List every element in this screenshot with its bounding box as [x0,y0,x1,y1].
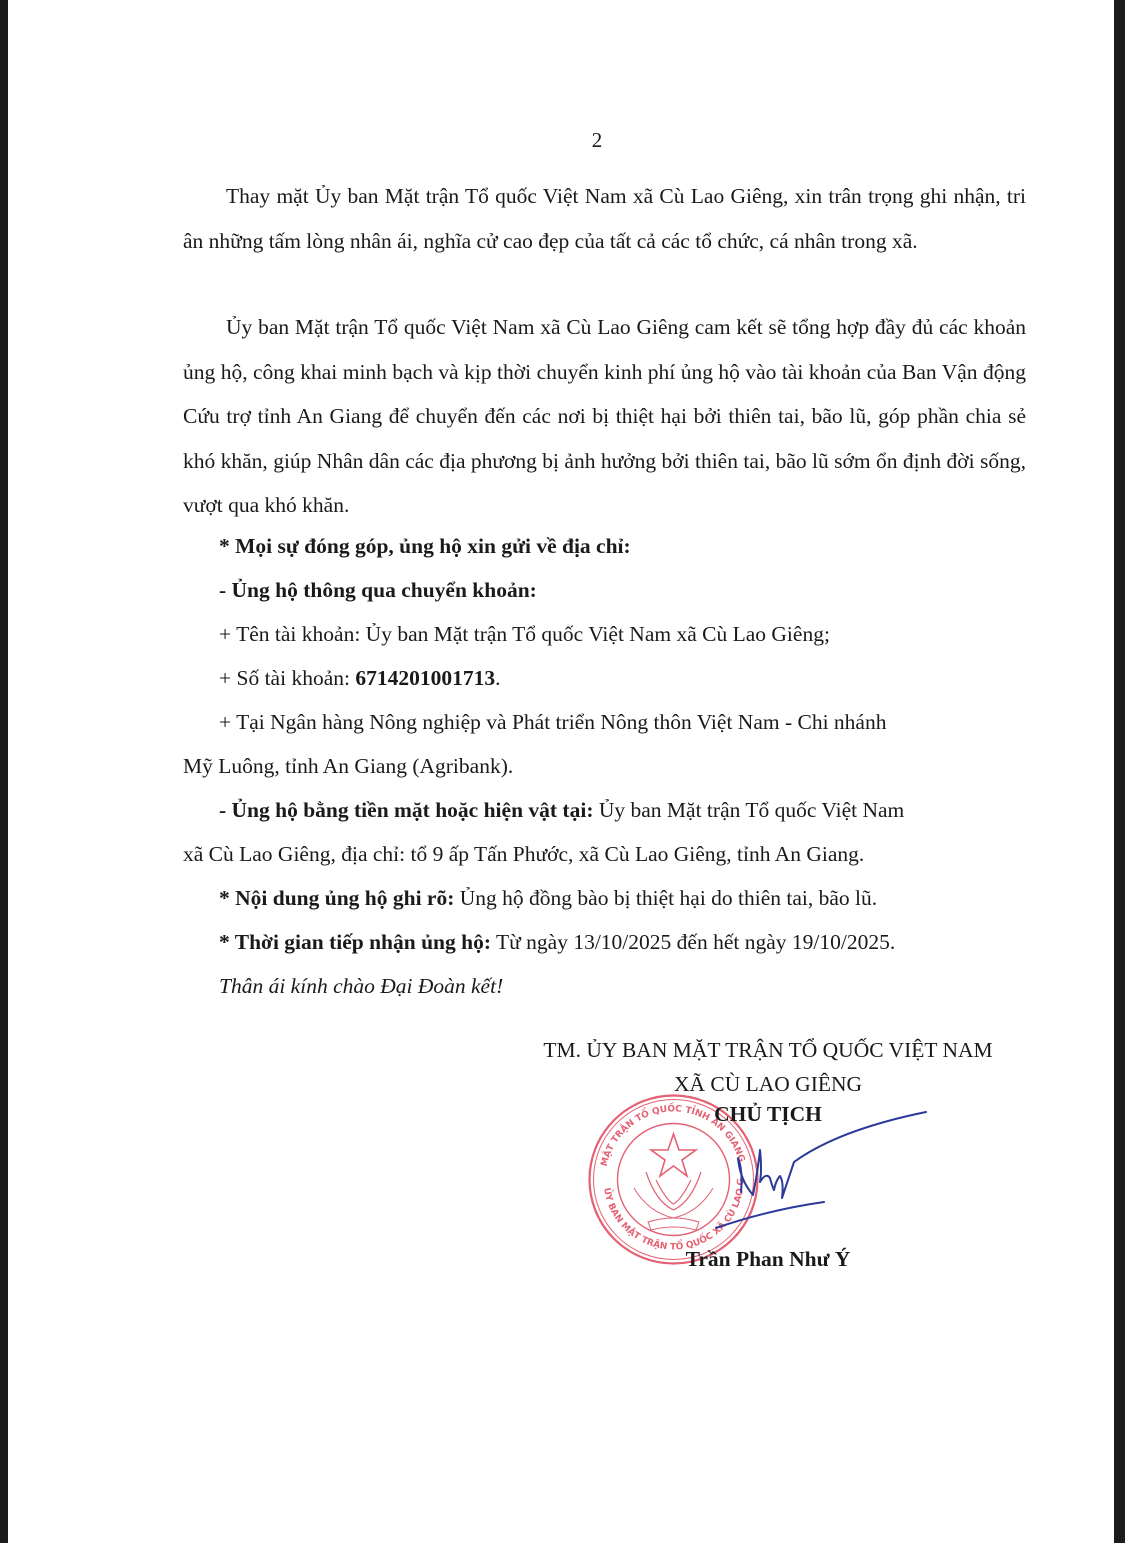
bank-line-1: + Tại Ngân hàng Nông nghiệp và Phát triể… [219,700,886,745]
handwritten-signature-icon [698,1100,938,1240]
account-number-line: + Số tài khoản: 6714201001713. [219,656,500,701]
cash-line-1: - Ủng hộ bằng tiền mặt hoặc hiện vật tại… [219,788,904,833]
transfer-heading: - Ủng hộ thông qua chuyển khoản: [219,568,537,613]
document-page: 2 Thay mặt Ủy ban Mặt trận Tổ quốc Việt … [8,0,1114,1543]
closing-line: Thân ái kính chào Đại Đoàn kết! [219,964,503,1009]
account-name-line: + Tên tài khoản: Ủy ban Mặt trận Tổ quốc… [219,612,830,657]
time-line: * Thời gian tiếp nhận ủng hộ: Từ ngày 13… [219,920,895,965]
paragraph-commitment: Ủy ban Mặt trận Tổ quốc Việt Nam xã Cù L… [183,305,1026,528]
signature-org-line-2: XÃ CÙ LAO GIÊNG [478,1072,1058,1097]
signatory-name: Trần Phan Như Ý [478,1247,1058,1272]
account-number: 6714201001713 [355,666,495,690]
signature-org-line-1: TM. ỦY BAN MẶT TRẬN TỔ QUỐC VIỆT NAM [478,1038,1058,1063]
contribution-heading: * Mọi sự đóng góp, ủng hộ xin gửi về địa… [219,524,631,569]
cash-line-2: xã Cù Lao Giêng, địa chỉ: tổ 9 ấp Tấn Ph… [183,832,864,877]
content-line: * Nội dung ủng hộ ghi rõ: Ủng hộ đồng bà… [219,876,877,921]
bank-line-2: Mỹ Luông, tỉnh An Giang (Agribank). [183,744,513,789]
paragraph-thanks: Thay mặt Ủy ban Mặt trận Tổ quốc Việt Na… [183,174,1026,263]
page-number: 2 [8,128,1125,153]
